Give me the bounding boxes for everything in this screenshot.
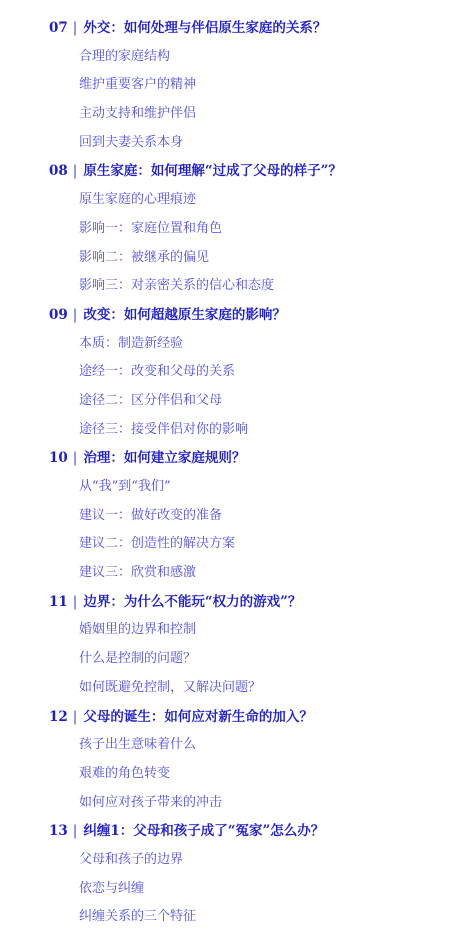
section-link[interactable]: 建议二：创造性的解决方案 [0,530,449,559]
chapter-heading-12[interactable]: 12|父母的诞生：如何应对新生命的加入？ [0,703,449,732]
section-link[interactable]: 主动支持和维护伴侣 [0,100,449,129]
section-link[interactable]: 如何既避免控制，又解决问题？ [0,674,449,703]
section-link[interactable]: 艰难的角色转变 [0,760,449,789]
section-link[interactable]: 途径二：区分伴侣和父母 [0,387,449,416]
section-link[interactable]: 途径三：接受伴侣对你的影响 [0,416,449,445]
chapter-number: 10 [49,444,68,473]
chapter-separator: | [73,301,78,330]
chapter-heading-09[interactable]: 09|改变：如何超越原生家庭的影响？ [0,301,449,330]
chapter-title: 治理：如何建立家庭规则？ [83,450,245,466]
section-link[interactable]: 依恋与纠缠 [0,875,449,904]
chapter-heading-13[interactable]: 13|纠缠1：父母和孩子成了“冤家”怎么办？ [0,817,449,846]
chapter-separator: | [73,703,78,732]
chapter-separator: | [73,14,78,43]
chapter-separator: | [73,444,78,473]
section-link[interactable]: 从“我”到“我们” [0,473,449,502]
section-link[interactable]: 纠缠关系的三个特征 [0,903,449,932]
section-link[interactable]: 途经一：改变和父母的关系 [0,358,449,387]
section-link[interactable]: 维护重要客户的精神 [0,71,449,100]
section-link[interactable]: 孩子出生意味着什么 [0,731,449,760]
chapter-number: 12 [49,703,68,732]
section-link[interactable]: 父母和孩子的边界 [0,846,449,875]
section-link[interactable]: 影响一：家庭位置和角色 [0,215,449,244]
section-link[interactable]: 影响三：对亲密关系的信心和态度 [0,272,449,301]
chapter-number: 13 [49,817,68,846]
chapter-title: 父母的诞生：如何应对新生命的加入？ [83,709,313,725]
chapter-heading-10[interactable]: 10|治理：如何建立家庭规则？ [0,444,449,473]
chapter-title: 外交：如何处理与伴侣原生家庭的关系？ [83,20,326,36]
section-link[interactable]: 合理的家庭结构 [0,43,449,72]
chapter-title: 原生家庭：如何理解“过成了父母的样子”？ [83,163,342,179]
chapter-heading-11[interactable]: 11|边界：为什么不能玩“权力的游戏”？ [0,588,449,617]
chapter-separator: | [73,817,78,846]
chapter-title: 纠缠1：父母和孩子成了“冤家”怎么办？ [83,823,324,839]
section-link[interactable]: 建议三：欣赏和感激 [0,559,449,588]
chapter-number: 09 [49,301,68,330]
chapter-title: 边界：为什么不能玩“权力的游戏”？ [83,594,301,610]
section-link[interactable]: 建议一：做好改变的准备 [0,502,449,531]
chapter-separator: | [73,157,78,186]
section-link[interactable]: 如何应对孩子带来的冲击 [0,789,449,818]
chapter-number: 11 [49,588,68,617]
section-link[interactable]: 婚姻里的边界和控制 [0,616,449,645]
section-link[interactable]: 回到夫妻关系本身 [0,129,449,158]
chapter-number: 08 [49,157,68,186]
section-link[interactable]: 本质：制造新经验 [0,330,449,359]
chapter-number: 07 [49,14,68,43]
chapter-heading-07[interactable]: 07|外交：如何处理与伴侣原生家庭的关系？ [0,14,449,43]
section-link[interactable]: 原生家庭的心理痕迹 [0,186,449,215]
table-of-contents: 07|外交：如何处理与伴侣原生家庭的关系？ 合理的家庭结构 维护重要客户的精神 … [0,14,449,932]
section-link[interactable]: 什么是控制的问题？ [0,645,449,674]
chapter-title: 改变：如何超越原生家庭的影响？ [83,307,286,323]
chapter-separator: | [73,588,78,617]
chapter-heading-08[interactable]: 08|原生家庭：如何理解“过成了父母的样子”？ [0,157,449,186]
section-link[interactable]: 影响二：被继承的偏见 [0,244,449,273]
